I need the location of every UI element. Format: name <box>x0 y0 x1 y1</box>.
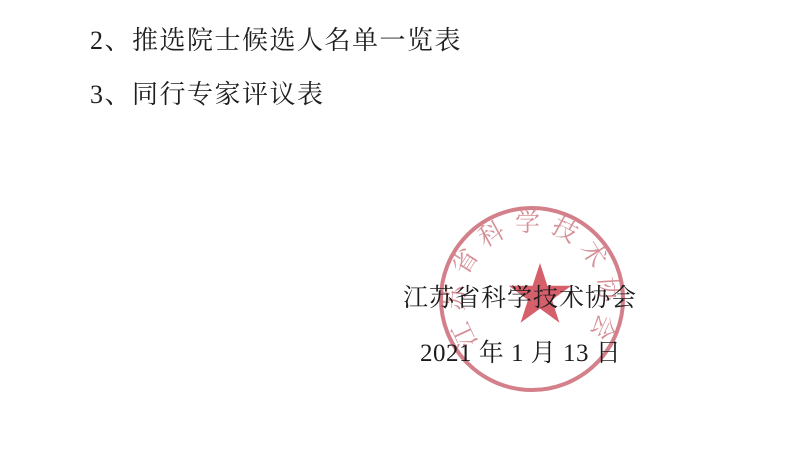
signature-date: 2021 年 1 月 13 日 <box>420 340 621 368</box>
document-page: 2、推选院士候选人名单一览表 3、同行专家评议表 江苏省科学技术协会 江苏省科学… <box>0 0 800 450</box>
seal-ring-text: 江苏省科学技术协会 <box>441 209 623 352</box>
attachment-item-2: 2、推选院士候选人名单一览表 <box>90 27 462 55</box>
attachment-item-3: 3、同行专家评议表 <box>90 81 325 109</box>
organization-name: 江苏省科学技术协会 <box>403 285 637 313</box>
